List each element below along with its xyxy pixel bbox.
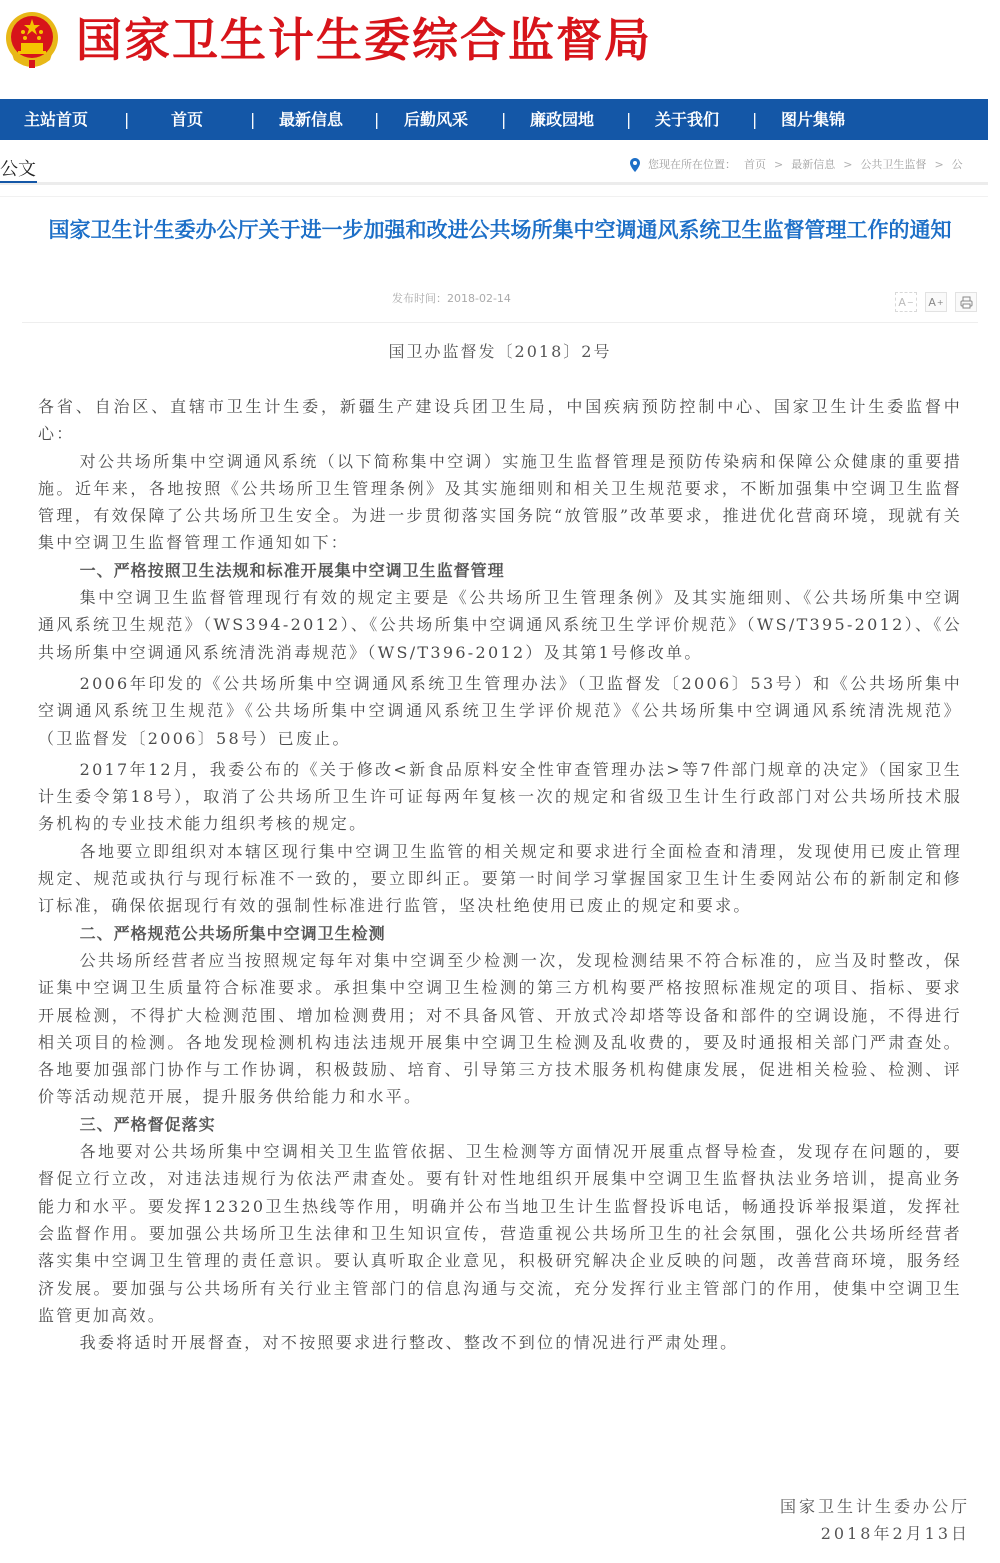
- section-title-underline: [0, 181, 37, 183]
- breadcrumb-prefix: 您现在所在位置：: [648, 156, 736, 174]
- nav-separator: |: [124, 99, 129, 140]
- site-banner: 国家卫生计生委综合监督局: [0, 0, 1000, 90]
- document-number: 国卫办监督发〔2018〕2号: [0, 340, 1000, 364]
- section-divider: [0, 182, 988, 185]
- font-larger-button[interactable]: A+: [925, 292, 947, 312]
- section-title: 公文: [0, 156, 36, 184]
- section-heading: 一、严格按照卫生法规和标准开展集中空调卫生监督管理: [38, 557, 962, 584]
- nav-item-about-us[interactable]: 关于我们: [655, 99, 719, 140]
- breadcrumb: 您现在所在位置： 首页 > 最新信息 > 公共卫生监督 > 公: [630, 156, 963, 174]
- breadcrumb-item-documents[interactable]: 公: [952, 156, 963, 174]
- signature-block: 国家卫生计生委办公厅 2018年2月13日: [700, 1493, 970, 1547]
- paragraph: 2017年12月，我委公布的《关于修改<新食品原料安全性审查管理办法>等7件部门…: [38, 756, 962, 838]
- publish-time-value: 2018-02-14: [447, 292, 511, 305]
- nav-item-gallery[interactable]: 图片集锦: [781, 99, 845, 140]
- publish-time: 发布时间：2018-02-14: [392, 290, 511, 306]
- breadcrumb-item-latest-news[interactable]: 最新信息: [791, 156, 835, 174]
- breadcrumb-separator: >: [934, 156, 943, 174]
- nav-item-logistics[interactable]: 后勤风采: [404, 99, 468, 140]
- nav-item-integrity[interactable]: 廉政园地: [530, 99, 594, 140]
- nav-separator: |: [250, 99, 255, 140]
- paragraph: 对公共场所集中空调通风系统（以下简称集中空调）实施卫生监督管理是预防传染病和保障…: [38, 448, 962, 557]
- font-smaller-button[interactable]: A−: [895, 292, 917, 312]
- paragraph: 集中空调卫生监督管理现行有效的规定主要是《公共场所卫生管理条例》及其实施细则、《…: [38, 584, 962, 666]
- nav-separator: |: [374, 99, 379, 140]
- article-divider: [22, 322, 978, 323]
- print-button[interactable]: [955, 292, 977, 312]
- paragraph: 公共场所经营者应当按照规定每年对集中空调至少检测一次，发现检测结果不符合标准的，…: [38, 947, 962, 1111]
- publish-time-label: 发布时间：: [392, 292, 447, 305]
- article-title: 国家卫生计生委办公厅关于进一步加强和改进公共场所集中空调通风系统卫生监督管理工作…: [20, 214, 980, 246]
- paragraph: 我委将适时开展督查，对不按照要求进行整改、整改不到位的情况进行严肃处理。: [38, 1329, 962, 1356]
- nav-item-latest-news[interactable]: 最新信息: [279, 99, 343, 140]
- nav-separator: |: [752, 99, 757, 140]
- nav-separator: |: [626, 99, 631, 140]
- breadcrumb-separator: >: [843, 156, 852, 174]
- main-nav: 主站首页 | 首页 | 最新信息 | 后勤风采 | 廉政园地 | 关于我们 | …: [0, 99, 988, 140]
- national-emblem-icon: [4, 10, 60, 70]
- paragraph: 各地要立即组织对本辖区现行集中空调卫生监管的相关规定和要求进行全面检查和清理，发…: [38, 838, 962, 920]
- font-smaller-icon: A: [898, 296, 906, 309]
- article-tools: A− A+: [895, 292, 977, 312]
- nav-item-home[interactable]: 首页: [171, 99, 203, 140]
- print-icon: [960, 296, 973, 309]
- breadcrumb-item-public-health[interactable]: 公共卫生监督: [860, 156, 926, 174]
- breadcrumb-separator: >: [774, 156, 783, 174]
- paragraph: 各地要对公共场所集中空调相关卫生监管依据、卫生检测等方面情况开展重点督导检查，发…: [38, 1138, 962, 1329]
- signature-date: 2018年2月13日: [700, 1520, 970, 1547]
- site-title: 国家卫生计生委综合监督局: [76, 10, 652, 70]
- section-heading: 二、严格规范公共场所集中空调卫生检测: [38, 920, 962, 947]
- breadcrumb-item-home[interactable]: 首页: [744, 156, 766, 174]
- content-divider: [0, 196, 988, 197]
- nav-item-main-home[interactable]: 主站首页: [24, 99, 88, 140]
- nav-separator: |: [501, 99, 506, 140]
- signature-org: 国家卫生计生委办公厅: [700, 1493, 970, 1520]
- paragraph: 2006年印发的《公共场所集中空调通风系统卫生管理办法》（卫监督发〔2006〕5…: [38, 670, 962, 752]
- article-body: 各省、自治区、直辖市卫生计生委，新疆生产建设兵团卫生局，中国疾病预防控制中心、国…: [38, 393, 962, 1356]
- section-heading: 三、严格督促落实: [38, 1111, 962, 1138]
- location-pin-icon: [630, 158, 640, 172]
- addressees: 各省、自治区、直辖市卫生计生委，新疆生产建设兵团卫生局，中国疾病预防控制中心、国…: [38, 393, 962, 448]
- font-larger-icon: A: [928, 296, 936, 309]
